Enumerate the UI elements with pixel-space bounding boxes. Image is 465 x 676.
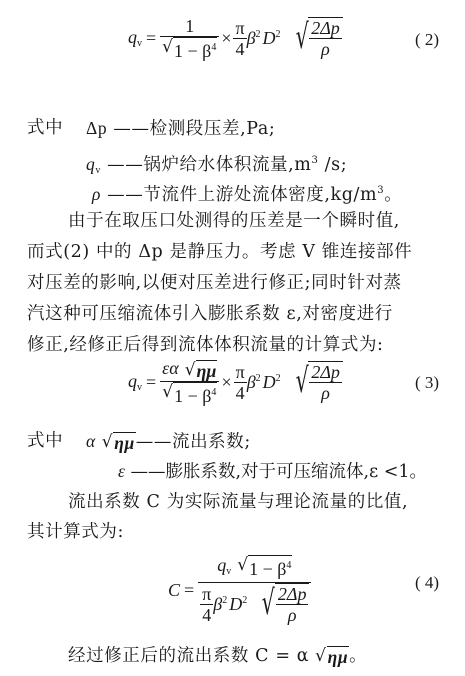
paragraph-2-line-1: 流出系数 C 为实际流量与理论流量的比值, <box>68 491 408 513</box>
where2-item-epsilon: ε ——膨胀系数,对于可压缩流体,ε <1。 <box>118 460 427 483</box>
equation-2: qv = 1 √1 − β4 × π 4 β2 D2 √ 2Δpρ <box>128 8 343 68</box>
equation-number-4: ( 4) <box>415 573 439 593</box>
where1-item-dp: Δp ——检测段压差,Pa; <box>86 117 275 140</box>
equation-3: qv = εα√ημ √1 − β4 × π4 β2 D2 √ 2Δpρ <box>128 352 343 412</box>
eq3-root: √ 2Δpρ <box>287 361 343 403</box>
eq2-equals: = <box>146 28 156 49</box>
where-label-1: 式中 <box>27 117 63 139</box>
where-label-2: 式中 <box>27 430 63 452</box>
eq4-fraction: qv√1 − β4 π4 β2 D2 √2Δpρ <box>198 555 311 625</box>
equation-4: C = qv√1 − β4 π4 β2 D2 √2Δpρ <box>168 550 311 630</box>
paragraph-1-line-4: 汽这种可压缩流体引入膨胀系数 ε,对密度进行 <box>27 303 393 325</box>
eq3-fraction: εα√ημ √1 − β4 <box>160 358 219 405</box>
paragraph-1-line-3: 对压差的影响,以便对压差进行修正;同时针对蒸 <box>27 272 402 294</box>
where2-item-alpha: α√ημ——流出系数; <box>86 430 251 453</box>
paragraph-3: 经过修正后的流出系数 C = α√ημ。 <box>68 645 367 667</box>
equation-number-3: ( 3) <box>415 373 439 393</box>
paragraph-2-line-2: 其计算式为: <box>27 521 124 543</box>
paragraph-1-line-2: 而式(2) 中的 Δp 是静压力。考虑 V 锥连接部件 <box>27 241 412 263</box>
where1-item-qv: qv ——锅炉给水体积流量,m3 /s; <box>86 150 347 182</box>
eq2-fraction: 1 √1 − β4 <box>160 16 219 61</box>
equation-number-2: ( 2) <box>415 30 439 50</box>
eq2-lhs: qv <box>128 27 142 49</box>
paragraph-1-line-1: 由于在取压口处测得的压差是一个瞬时值, <box>68 210 400 232</box>
where1-item-rho: ρ ——节流件上游处流体密度,kg/m3。 <box>92 180 402 206</box>
eq2-root: √ 2Δpρ <box>287 17 343 59</box>
eq2-pi-over-4: π 4 <box>233 18 246 59</box>
